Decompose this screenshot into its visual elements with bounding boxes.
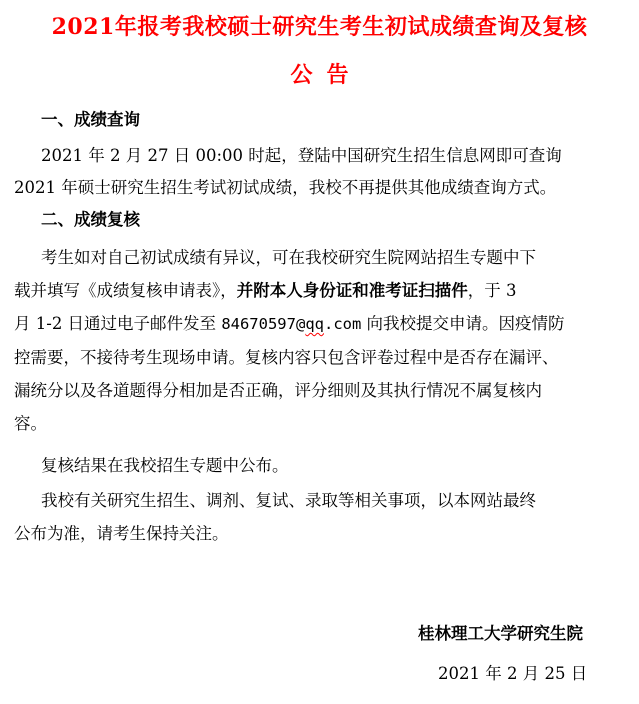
text-segment: 载并填写《成绩复核申请表》， <box>14 281 237 300</box>
announcement-document: 2021年报考我校硕士研究生考生初试成绩查询及复核 公告 一、成绩查询 2021… <box>0 0 639 704</box>
bold-requirement: 并附本人身份证和准考证扫描件 <box>237 281 468 300</box>
text-segment: 向我校提交申请。因疫情防 <box>361 314 564 333</box>
email-suffix: .com <box>324 315 361 333</box>
email-user: 84670597@ <box>221 315 305 333</box>
signature-organization: 桂林理工大学研究生院 <box>418 624 583 644</box>
paragraph-line: 公布为准，请考生保持关注。 <box>14 524 229 544</box>
paragraph-line: 容。 <box>14 414 47 434</box>
document-title: 2021年报考我校硕士研究生考生初试成绩查询及复核 <box>0 10 639 41</box>
signature-date: 2021 年 2 月 25 日 <box>438 664 587 684</box>
paragraph-line: 考生如对自己初试成绩有异议，可在我校研究生院网站招生专题中下 <box>41 248 536 268</box>
paragraph-line: 我校有关研究生招生、调剂、复试、录取等相关事项，以本网站最终 <box>41 491 536 511</box>
paragraph-line-with-email: 月 1-2 日通过电子邮件发至 84670597@qq.com 向我校提交申请。… <box>14 314 565 334</box>
email-address[interactable]: 84670597@qq.com <box>221 315 361 333</box>
document-subtitle: 公告 <box>0 58 639 89</box>
text-segment: 月 1-2 日通过电子邮件发至 <box>14 314 221 333</box>
paragraph-line: 复核结果在我校招生专题中公布。 <box>41 456 289 476</box>
section-heading-score-review: 二、成绩复核 <box>41 210 140 230</box>
paragraph-line-with-bold: 载并填写《成绩复核申请表》，并附本人身份证和准考证扫描件，于 3 <box>14 281 517 301</box>
text-segment: ，于 3 <box>468 281 517 300</box>
paragraph-line: 漏统分以及各道题得分相加是否正确，评分细则及其执行情况不属复核内 <box>14 381 542 401</box>
paragraph-line: 2021 年 2 月 27 日 00:00 时起，登陆中国研究生招生信息网即可查… <box>41 146 562 166</box>
email-domain: qq <box>305 315 324 333</box>
section-heading-score-query: 一、成绩查询 <box>41 110 140 130</box>
paragraph-line: 控需要，不接待考生现场申请。复核内容只包含评卷过程中是否存在漏评、 <box>14 348 559 368</box>
paragraph-line: 2021 年硕士研究生招生考试初试成绩，我校不再提供其他成绩查询方式。 <box>14 178 556 198</box>
